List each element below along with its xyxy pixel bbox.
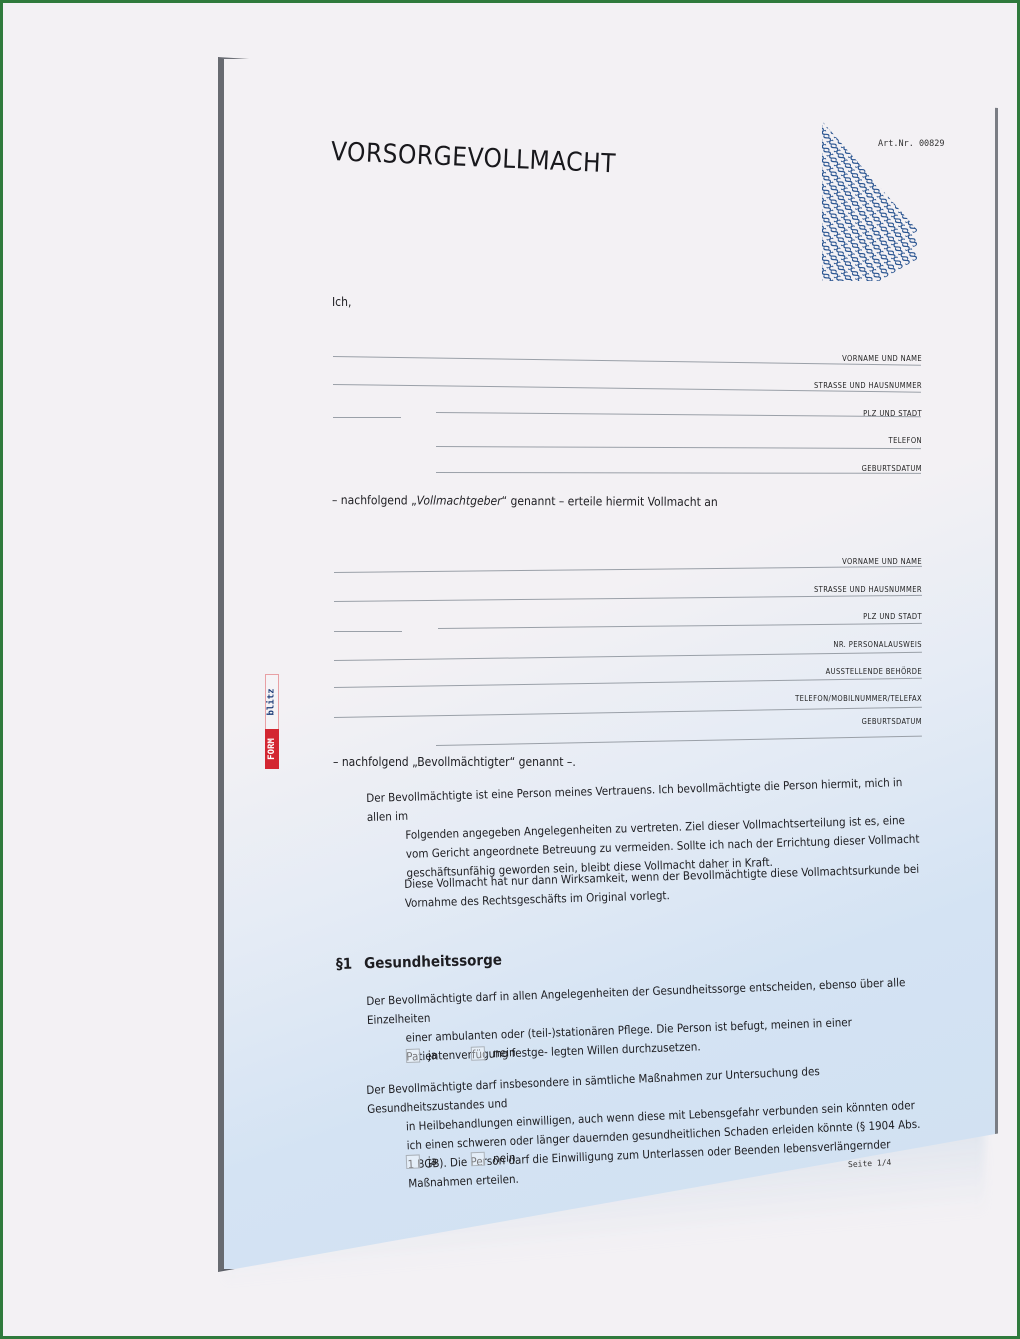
section-number: §1 [336,955,353,973]
fill-in-line[interactable] [334,652,922,661]
fill-in-line[interactable] [334,678,922,688]
field-label: VORNAME UND NAME [842,354,922,363]
article-number: Art.Nr. 00829 [878,139,945,149]
fill-in-line[interactable] [436,736,922,746]
document-page: VORSORGEVOLLMACHT Art.Nr. 00829 § § § § … [218,57,1010,1277]
field-label: TELEFON [889,436,922,445]
section-title: Gesundheitssorge [364,951,502,973]
label-yes: ja [428,1048,438,1062]
intro-text: Ich, [332,295,351,309]
fill-in-line[interactable] [334,631,402,632]
checkbox-yes[interactable] [406,1154,421,1169]
section-heading: §1Gesundheitssorge [336,951,502,973]
label-no: nein [493,1045,516,1060]
label-no: nein [493,1150,516,1165]
fill-in-line[interactable] [333,417,401,418]
field-label: PLZ UND STADT [863,612,922,621]
field-label: STRASSE UND HAUSNUMMER [814,381,922,390]
fill-in-line[interactable] [334,595,922,602]
field-label: STRASSE UND HAUSNUMMER [814,585,922,594]
fill-in-line[interactable] [436,472,921,474]
checkbox-yes[interactable] [406,1049,420,1063]
fill-in-line[interactable] [436,446,921,449]
page-content: VORSORGEVOLLMACHT Art.Nr. 00829 § § § § … [218,57,1010,1277]
field-label: NR. PERSONALAUSWEIS [833,640,922,649]
field-label: VORNAME UND NAME [842,557,922,566]
formblitz-logo: FORM blitz [265,673,279,769]
fill-in-line[interactable] [333,356,921,366]
logo-blitz-part: blitz [265,674,279,729]
checkbox-no[interactable] [471,1046,485,1060]
health-clause-2: Der Bevollmächtigte darf insbesondere in… [366,1058,930,1195]
checkbox-no[interactable] [471,1152,486,1167]
field-label: GEBURTSDATUM [862,717,922,726]
field-label: TELEFON/MOBILNUMMER/TELEFAX [795,694,922,703]
agent-sentence: – nachfolgend „Bevollmächtigter“ genannt… [333,755,576,769]
field-label: AUSSTELLENDE BEHÖRDE [826,667,922,676]
fill-in-line[interactable] [436,412,921,417]
field-label: GEBURTSDATUM [862,464,922,473]
fill-in-line[interactable] [334,566,922,573]
fill-in-line[interactable] [334,707,922,718]
label-yes: ja [428,1154,438,1168]
grantor-sentence: – nachfolgend „Vollmachtgeber“ genannt –… [332,493,718,509]
grantor-term: Vollmachtgeber [417,493,502,507]
logo-form-part: FORM [265,729,279,769]
document-title: VORSORGEVOLLMACHT [330,137,616,179]
fill-in-line[interactable] [438,623,922,629]
